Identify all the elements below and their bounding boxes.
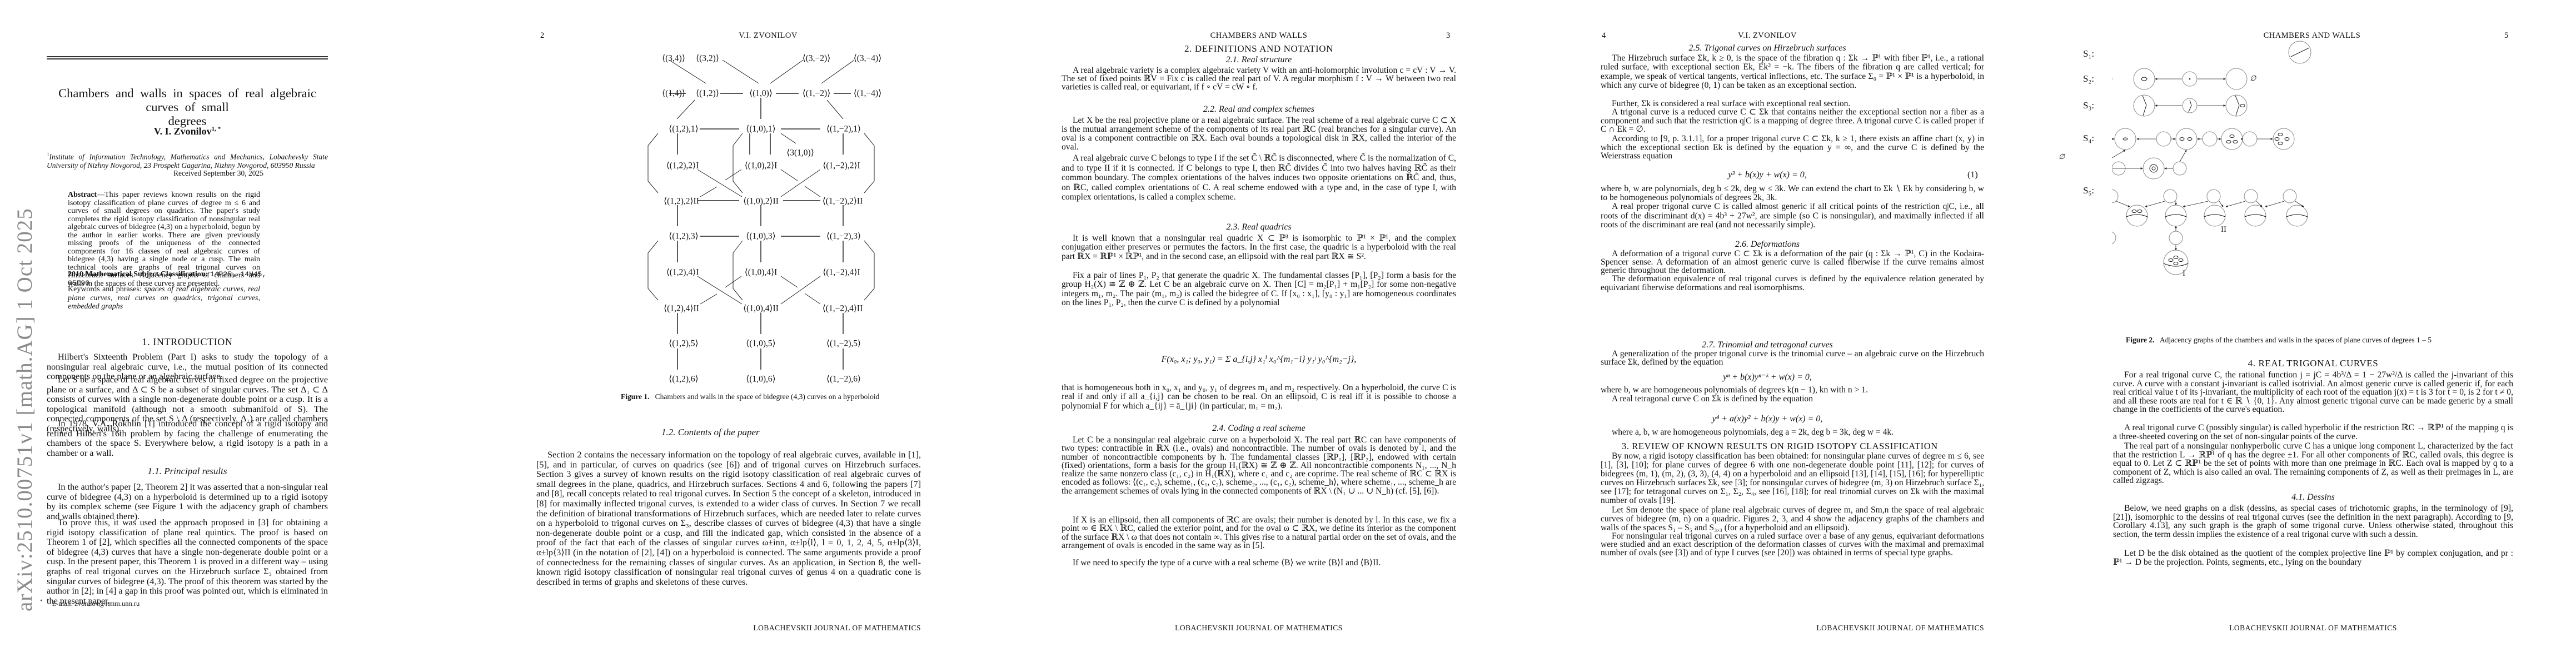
empty-set-label-s2: ∅ [2250,74,2256,83]
subsection-coding-real-scheme: 2.4. Coding a real scheme [1062,424,1456,434]
arxiv-stamp[interactable]: arXiv:2510.00751v1 [math.AG] 1 Oct 2025 [12,208,37,611]
page-1: arXiv:2510.00751v1 [math.AG] 1 Oct 2025 … [0,0,515,667]
coding-paragraph-1: Let C be a nonsingular real algebraic cu… [1062,436,1456,495]
schemes-paragraph-2: A real algebraic curve C belongs to type… [1062,153,1456,202]
keywords: Keywords and phrases: spaces of real alg… [68,285,260,311]
trinomial-paragraph-1: A generalization of the proper trigonal … [1601,350,1984,366]
msc-label: 2010 Mathematical Subject Classification… [68,270,208,278]
journal-footer: LOBACHEVSKII JOURNAL OF MATHEMATICS [1601,624,1984,633]
abstract-label: Abstract [68,191,97,199]
figure-1-node: ⟨(1,−2),4⟩I [823,267,860,278]
footnote: * E-mail: zvonilov@itmm.unn.ru [40,599,139,608]
figure-1-caption-text: Chambers and walls in the space of bideg… [655,392,880,401]
empty-set-label-s4: ∅ [2059,152,2065,161]
dessins-paragraph-1: Below, we need graphs on a disk (dessins… [2113,504,2513,539]
trigonal-paragraph-3: A trigonal curve is a reduced curve C ⊂ … [1601,108,1984,134]
schemes-paragraph-1: Let X be the real projective plane or a … [1062,116,1456,152]
section-real-trigonal-curves: 4. REAL TRIGONAL CURVES [2113,358,2513,369]
figure-1-node: ⟨(1,0),1⟩ [746,124,775,135]
dessins-paragraph-2: Let D be the disk obtained as the quotie… [2113,549,2513,566]
section-review: 3. REVIEW OF KNOWN RESULTS ON RIGID ISOT… [1601,441,2005,452]
polynomial-equation-text: F(x₀, x₁; y₀, y₁) = Σ a_{i,j} x₁ⁱ x₀^{m₁… [1162,355,1357,364]
review-paragraph-2: Let Sm denote the space of plane real al… [1601,506,1984,532]
figure-1-node: ⟨3(1,0)⟩ [786,148,814,158]
review-paragraph-3: For nonsingular real trigonal curves on … [1601,532,1984,557]
subsection-contents: 1.2. Contents of the paper [645,427,873,438]
trigonal-paragraph-5: where b, w are polynomials, deg b ≤ 2k, … [1601,185,1984,202]
subsection-real-quadrics: 2.3. Real quadrics [1062,222,1456,232]
coding-paragraph-2: If X is an ellipsoid, then all component… [1062,516,1456,550]
page-number: 2 [540,31,545,41]
type-label-i: I [2183,269,2185,278]
figure-1-node: ⟨(1,2),3⟩ [669,231,698,242]
row-label-s1: S₁: [2083,48,2094,59]
weierstrass-equation: y³ + b(x)y + w(x) = 0, [1601,170,1934,180]
subsection-deformations: 2.6. Deformations [1601,240,1934,250]
figure-2: S₁: S₂: S₃: S₄: S₅: [2112,39,2512,295]
subsection-real-structure: 2.1. Real structure [1062,55,1456,65]
row-label-s5: S₅: [2083,185,2094,196]
footnote-mark: * [40,599,43,604]
title-line-1: Chambers and walls in spaces of real alg… [58,86,316,114]
tetragonal-paragraph: A real tetragonal curve C on Σk is defin… [1601,394,1984,404]
real-structure-paragraph: A real algebraic variety is a complex al… [1062,66,1456,92]
author: V. I. Zvonilov1, * [47,126,328,137]
figure-1-node: ⟨(1,2),4⟩I [666,267,699,278]
page-2-journal-footer: LOBACHEVSKII JOURNAL OF MATHEMATICS [536,624,921,633]
row-label-s3: S₃: [2083,100,2094,111]
page-4: 4 V.I. ZVONILOV 2.5. Trigonal curves on … [1601,0,1984,667]
results-paragraph-2: To prove this, it was used the approach … [47,518,328,606]
figure-1-node: ⟨(1,−2)⟩ [803,88,831,99]
running-head: CHAMBERS AND WALLS [1062,31,1456,41]
figure-2-caption-text: Adjacency graphs of the chambers and wal… [2160,336,2431,344]
affiliation-text: Institute of Information Technology, Mat… [47,153,328,170]
intro-paragraph-3: In 1978, V.A. Rokhlin [1] introduced the… [47,419,328,458]
quadrics-paragraph-3: that is homogeneous both in x₀, x₁ and y… [1062,384,1456,411]
polynomial-equation: F(x₀, x₁; y₀, y₁) = Σ a_{i,j} x₁ⁱ x₀^{m₁… [1062,354,1456,365]
type-label-ii: II [2221,225,2226,235]
figure-1-node: ⟨(1,2),2⟩I [666,161,699,171]
page-3: CHAMBERS AND WALLS 3 2. DEFINITIONS AND … [1062,0,1456,667]
figure-1-node: ⟨(1,2),4⟩II [664,303,699,314]
figure-1-node: ⟨(1,−2),1⟩ [826,124,861,135]
figure-1-node: ⟨(3,−4)⟩ [854,53,882,64]
figure-2-graphs [2112,39,2512,300]
figure-1-node: ⟨(1,0),3⟩ [746,231,775,242]
figure-1-node: ⟨(1,2),5⟩ [669,339,698,349]
quadrics-paragraph-2: Fix a pair of lines P₁, P₂ that generate… [1062,271,1456,307]
figure-1-node: ⟨(1,0),5⟩ [746,339,775,349]
tetragonal-equation: y⁴ + a(x)y² + b(x)y + w(x) = 0, [1601,414,1934,424]
section-definitions: 2. DEFINITIONS AND NOTATION [1062,43,1456,54]
quadrics-paragraph-1: It is well known that a nonsingular real… [1062,234,1456,261]
hyperbolic-paragraph: A real trigonal curve C (possibly singul… [2113,424,2513,441]
figure-1-node: ⟨(3,−2)⟩ [803,53,831,64]
figure-1-node: ⟨(1,−2),6⟩ [826,374,861,385]
affiliation: 1Institute of Information Technology, Ma… [47,151,328,170]
author-sup: 1, * [212,126,221,132]
deformations-paragraph-2: The deformation equivalence of real trig… [1601,275,1984,292]
journal-footer: LOBACHEVSKII JOURNAL OF MATHEMATICS [1062,624,1456,633]
review-paragraph-1: By now, a rigid isotopy classification h… [1601,452,1984,505]
figure-1-node: ⟨(1,2)⟩ [696,88,719,99]
received-date: Received September 30, 2025 [47,169,263,178]
figure-1-caption-label: Figure 1. [621,392,650,401]
figure-1-node: ⟨(3,4)⟩ [662,53,685,64]
trigonal-paragraph-4: According to [9, p. 3.1.1], for a proper… [1601,135,1984,161]
long-component-paragraph: The real part of a nonsingular nonhyperb… [2113,442,2513,485]
figure-1-node: ⟨(1,−2),2⟩II [823,196,863,207]
paper-title: Chambers and walls in spaces of real alg… [47,86,328,128]
figure-1-node: ⟨(1,−2),5⟩ [826,339,861,349]
figure-1-node: ⟨(1,0)⟩ [749,88,773,99]
subsection-principal-results: 1.1. Principal results [47,466,328,477]
trinomial-equation: yⁿ + b(x)yⁿ⁻ᵏ + w(x) = 0, [1601,371,1934,382]
page-5-journal-footer: LOBACHEVSKII JOURNAL OF MATHEMATICS [2113,624,2513,633]
title-rule [47,56,328,59]
section-introduction: 1. INTRODUCTION [47,336,328,348]
figure-1-node: ⟨(1,0),4⟩II [743,303,779,314]
page-2-contents-paragraph: Section 2 contains the necessary informa… [536,450,921,587]
figure-1-node: ⟨(1,2),2⟩II [664,196,699,207]
deformations-paragraph-1: A deformation of a trigonal curve C ⊂ Σk… [1601,250,1984,275]
keywords-label: Keywords and phrases: [68,285,142,293]
figure-1-node: ⟨(1,−2),4⟩II [823,303,863,314]
subsection-dessins: 4.1. Dessins [2113,492,2513,502]
figure-1: ⟨(3,4)⟩⟨(3,2)⟩⟨(3,−2)⟩⟨(3,−4)⟩⟨(1,4)⟩⟨(1… [645,0,900,400]
figure-1-node: ⟨(1,2),6⟩ [669,374,698,385]
figure-1-node: ⟨(1,0),4⟩I [745,267,778,278]
figure-1-node: ⟨(1,0),6⟩ [746,374,775,385]
page-number: 3 [1446,31,1451,41]
row-label-s2: S₂: [2083,73,2094,84]
trigonal-paragraph-1: The Hirzebruch surface Σk, k ≥ 0, is the… [1601,54,1984,91]
results-paragraph-1: In the author's paper [2, Theorem 2] it … [47,482,328,521]
figure-1-node: ⟨(1,−2),2⟩I [823,161,860,171]
figure-1-node: ⟨(1,4)⟩ [662,88,685,99]
figure-1-node: ⟨(1,0),2⟩II [743,196,779,207]
author-name: V. I. Zvonilov [154,126,212,137]
row-label-s4: S₄: [2083,133,2094,144]
figure-1-node: ⟨(1,−4)⟩ [854,88,882,99]
figure-2-caption: Figure 2. Adjacency graphs of the chambe… [2045,336,2512,345]
page-5: CHAMBERS AND WALLS 5 S₁: S₂: S₃: S₄: S₅: [2112,0,2512,667]
subsection-trigonal-curves: 2.5. Trigonal curves on Hirzebruch surfa… [1601,43,1934,53]
figure-1-node: ⟨(1,0),2⟩I [745,161,778,171]
tetragonal-degrees: where a, b, w are homogeneous polynomial… [1601,427,1984,437]
figure-1-node: ⟨(1,2),1⟩ [669,124,698,135]
subsection-real-complex-schemes: 2.2. Real and complex schemes [1062,104,1456,115]
running-head: V.I. ZVONILOV [1601,31,1934,41]
trigonal-paragraph-6: A real proper trigonal curve C is called… [1601,202,1984,230]
figure-1-node: ⟨(3,2)⟩ [696,53,719,64]
figure-1-caption: Figure 1. Chambers and walls in the spac… [621,392,888,401]
figure-1-node: ⟨(1,−2),3⟩ [826,231,861,242]
footnote-email[interactable]: E-mail: zvonilov@itmm.unn.ru [52,600,140,608]
coding-paragraph-3: If we need to specify the type of a curv… [1062,558,1456,568]
figure-2-caption-label: Figure 2. [2126,336,2155,344]
trigonal-j-invariant-paragraph: For a real trigonal curve C, the rationa… [2113,371,2513,414]
equation-number: (1) [1967,170,1978,180]
trinomial-paragraph-2: where b, w are homogeneous polynomials o… [1601,385,1984,395]
